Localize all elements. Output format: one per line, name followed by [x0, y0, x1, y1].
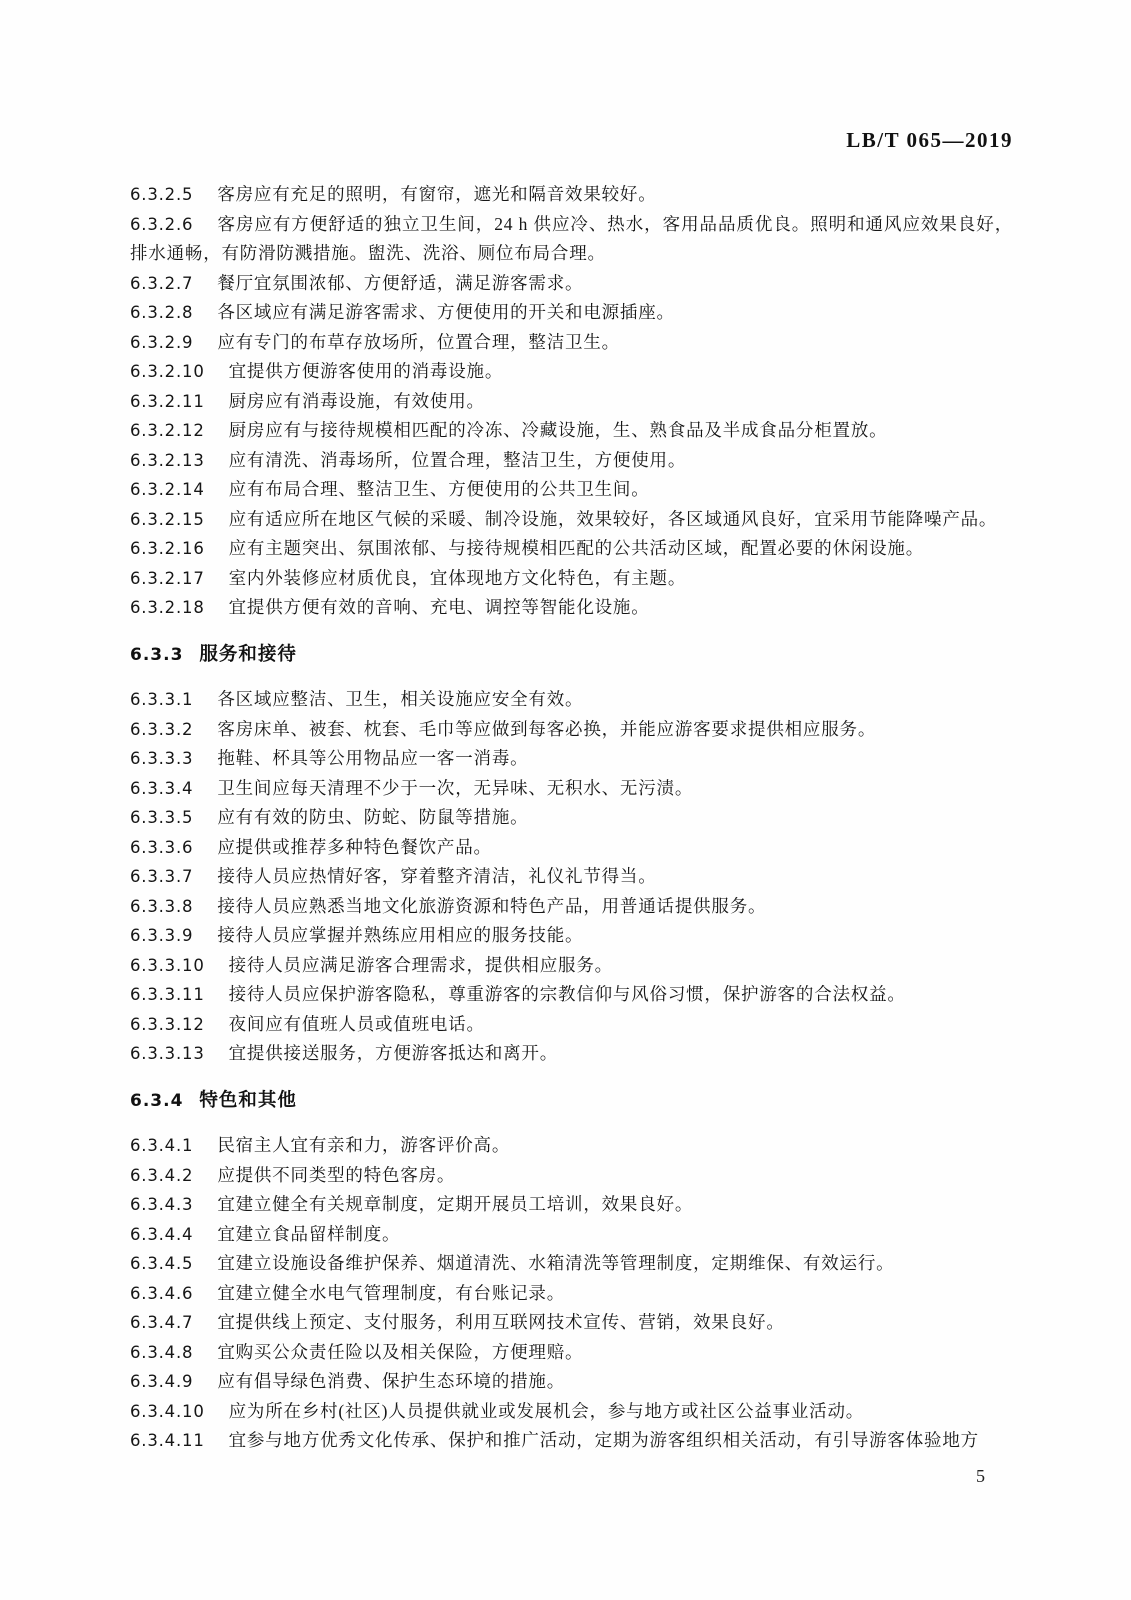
- clause: 6.3.4.10应为所在乡村(社区)人员提供就业或发展机会，参与地方或社区公益事…: [130, 1397, 1013, 1427]
- clause: 6.3.4.8宜购买公众责任险以及相关保险，方便理赔。: [130, 1338, 1013, 1368]
- clause-text: 宜提供方便游客使用的消毒设施。: [229, 361, 504, 381]
- clause: 6.3.3.1各区域应整洁、卫生，相关设施应安全有效。: [130, 685, 1013, 715]
- clause-text: 接待人员应满足游客合理需求，提供相应服务。: [229, 955, 613, 975]
- clause-number: 6.3.4.5: [130, 1254, 217, 1273]
- clause-text: 厨房应有与接待规模相匹配的冷冻、冷藏设施，生、熟食品及半成食品分柜置放。: [229, 420, 888, 440]
- page-number: 5: [976, 1466, 985, 1487]
- clause-number: 6.3.3.1: [130, 690, 217, 709]
- clause-text: 应有有效的防虫、防蛇、防鼠等措施。: [217, 807, 528, 827]
- clause-text: 各区域应整洁、卫生，相关设施应安全有效。: [217, 689, 583, 709]
- clause-number: 6.3.3.11: [130, 985, 229, 1004]
- clause-text: 宜建立健全有关规章制度，定期开展员工培训，效果良好。: [217, 1194, 693, 1214]
- clause-text: 接待人员应保护游客隐私，尊重游客的宗教信仰与风俗习惯，保护游客的合法权益。: [229, 984, 906, 1004]
- clause-text: 接待人员应掌握并熟练应用相应的服务技能。: [217, 925, 583, 945]
- clause: 6.3.3.3拖鞋、杯具等公用物品应一客一消毒。: [130, 744, 1013, 774]
- clause-number: 6.3.2.13: [130, 451, 229, 470]
- clause-text: 客房应有充足的照明，有窗帘，遮光和隔音效果较好。: [217, 184, 656, 204]
- clause-number: 6.3.4.3: [130, 1195, 217, 1214]
- clause-number: 6.3.2.15: [130, 510, 229, 529]
- clause-text: 接待人员应热情好客，穿着整齐清洁，礼仪礼节得当。: [217, 866, 656, 886]
- clause: 6.3.2.8各区域应有满足游客需求、方便使用的开关和电源插座。: [130, 298, 1013, 328]
- clause: 6.3.2.9应有专门的布草存放场所，位置合理，整洁卫生。: [130, 328, 1013, 358]
- clause-number: 6.3.3.6: [130, 838, 217, 857]
- clause: 6.3.4.5宜建立设施设备维护保养、烟道清洗、水箱清洗等管理制度，定期维保、有…: [130, 1249, 1013, 1279]
- section-heading: 6.3.3服务和接待: [130, 639, 1013, 671]
- clause: 6.3.3.13宜提供接送服务，方便游客抵达和离开。: [130, 1039, 1013, 1069]
- clause-number: 6.3.4.7: [130, 1313, 217, 1332]
- clause-text: 应提供或推荐多种特色餐饮产品。: [217, 837, 492, 857]
- section-title: 服务和接待: [199, 643, 297, 664]
- document-page: LB/T 065—2019 6.3.2.5客房应有充足的照明，有窗帘，遮光和隔音…: [0, 0, 1131, 1600]
- clause-text: 宜建立设施设备维护保养、烟道清洗、水箱清洗等管理制度，定期维保、有效运行。: [217, 1253, 894, 1273]
- clause-text: 宜购买公众责任险以及相关保险，方便理赔。: [217, 1342, 583, 1362]
- clause-number: 6.3.2.17: [130, 569, 229, 588]
- clause: 6.3.4.11宜参与地方优秀文化传承、保护和推广活动，定期为游客组织相关活动，…: [130, 1426, 1013, 1456]
- clause-text: 应有主题突出、氛围浓郁、与接待规模相匹配的公共活动区域，配置必要的休闲设施。: [229, 538, 924, 558]
- clause-text: 宜提供线上预定、支付服务，利用互联网技术宣传、营销，效果良好。: [217, 1312, 784, 1332]
- clause: 6.3.3.9接待人员应掌握并熟练应用相应的服务技能。: [130, 921, 1013, 951]
- clause-text: 拖鞋、杯具等公用物品应一客一消毒。: [217, 748, 528, 768]
- clause-text: 餐厅宜氛围浓郁、方便舒适，满足游客需求。: [217, 273, 583, 293]
- clause: 6.3.3.6应提供或推荐多种特色餐饮产品。: [130, 833, 1013, 863]
- clause-text: 应提供不同类型的特色客房。: [217, 1165, 455, 1185]
- clause-number: 6.3.2.14: [130, 480, 229, 499]
- clause-number: 6.3.2.12: [130, 421, 229, 440]
- clause-number: 6.3.3.13: [130, 1044, 229, 1063]
- clause-text: 客房应有方便舒适的独立卫生间，24 h 供应冷、热水，客用品品质优良。照明和通风…: [130, 214, 1013, 264]
- clause-number: 6.3.3.2: [130, 720, 217, 739]
- clause: 6.3.2.14应有布局合理、整洁卫生、方便使用的公共卫生间。: [130, 475, 1013, 505]
- clause-number: 6.3.2.8: [130, 303, 217, 322]
- clause: 6.3.2.5客房应有充足的照明，有窗帘，遮光和隔音效果较好。: [130, 180, 1013, 210]
- clause-number: 6.3.2.11: [130, 392, 229, 411]
- clause-text: 宜参与地方优秀文化传承、保护和推广活动，定期为游客组织相关活动，有引导游客体验地…: [229, 1430, 979, 1450]
- clause-text: 客房床单、被套、枕套、毛巾等应做到每客必换，并能应游客要求提供相应服务。: [217, 719, 876, 739]
- clause-text: 应有布局合理、整洁卫生、方便使用的公共卫生间。: [229, 479, 650, 499]
- clause-text: 宜建立健全水电气管理制度，有台账记录。: [217, 1283, 565, 1303]
- clause-text: 应有清洗、消毒场所，位置合理，整洁卫生，方便使用。: [229, 450, 687, 470]
- clause: 6.3.2.7餐厅宜氛围浓郁、方便舒适，满足游客需求。: [130, 269, 1013, 299]
- clause-number: 6.3.2.5: [130, 185, 217, 204]
- clause-number: 6.3.2.16: [130, 539, 229, 558]
- clause-text: 应为所在乡村(社区)人员提供就业或发展机会，参与地方或社区公益事业活动。: [229, 1401, 864, 1421]
- clause: 6.3.2.12厨房应有与接待规模相匹配的冷冻、冷藏设施，生、熟食品及半成食品分…: [130, 416, 1013, 446]
- clause: 6.3.4.9应有倡导绿色消费、保护生态环境的措施。: [130, 1367, 1013, 1397]
- clause-number: 6.3.4.4: [130, 1225, 217, 1244]
- clause-text: 宜建立食品留样制度。: [217, 1224, 400, 1244]
- clause: 6.3.4.3宜建立健全有关规章制度，定期开展员工培训，效果良好。: [130, 1190, 1013, 1220]
- clause-number: 6.3.2.6: [130, 215, 217, 234]
- clause-number: 6.3.3.7: [130, 867, 217, 886]
- clause-number: 6.3.4.9: [130, 1372, 217, 1391]
- clause: 6.3.2.16应有主题突出、氛围浓郁、与接待规模相匹配的公共活动区域，配置必要…: [130, 534, 1013, 564]
- clause-number: 6.3.4.8: [130, 1343, 217, 1362]
- clause: 6.3.2.11厨房应有消毒设施，有效使用。: [130, 387, 1013, 417]
- section-heading: 6.3.4特色和其他: [130, 1085, 1013, 1117]
- section-title: 特色和其他: [199, 1089, 297, 1110]
- clause: 6.3.3.7接待人员应热情好客，穿着整齐清洁，礼仪礼节得当。: [130, 862, 1013, 892]
- clause-text: 室内外装修应材质优良，宜体现地方文化特色，有主题。: [229, 568, 687, 588]
- clause-number: 6.3.2.10: [130, 362, 229, 381]
- clause: 6.3.3.4卫生间应每天清理不少于一次，无异味、无积水、无污渍。: [130, 774, 1013, 804]
- clause-number: 6.3.3.10: [130, 956, 229, 975]
- clause-text: 厨房应有消毒设施，有效使用。: [229, 391, 485, 411]
- clause-number: 6.3.2.9: [130, 333, 217, 352]
- section-number: 6.3.4: [130, 1091, 199, 1111]
- clause-text: 宜提供方便有效的音响、充电、调控等智能化设施。: [229, 597, 650, 617]
- clause-number: 6.3.3.9: [130, 926, 217, 945]
- clause-text: 应有适应所在地区气候的采暖、制冷设施，效果较好，各区域通风良好，宜采用节能降噪产…: [229, 509, 998, 529]
- clause-text: 各区域应有满足游客需求、方便使用的开关和电源插座。: [217, 302, 675, 322]
- clause-number: 6.3.4.6: [130, 1284, 217, 1303]
- clause-text: 应有专门的布草存放场所，位置合理，整洁卫生。: [217, 332, 620, 352]
- clause: 6.3.4.1民宿主人宜有亲和力，游客评价高。: [130, 1131, 1013, 1161]
- clause: 6.3.4.4宜建立食品留样制度。: [130, 1220, 1013, 1250]
- clause: 6.3.2.15应有适应所在地区气候的采暖、制冷设施，效果较好，各区域通风良好，…: [130, 505, 1013, 535]
- clause: 6.3.3.2客房床单、被套、枕套、毛巾等应做到每客必换，并能应游客要求提供相应…: [130, 715, 1013, 745]
- clause-number: 6.3.3.8: [130, 897, 217, 916]
- clause: 6.3.2.6客房应有方便舒适的独立卫生间，24 h 供应冷、热水，客用品品质优…: [130, 210, 1013, 269]
- clause-text: 卫生间应每天清理不少于一次，无异味、无积水、无污渍。: [217, 778, 693, 798]
- clause-number: 6.3.4.2: [130, 1166, 217, 1185]
- clause: 6.3.2.17室内外装修应材质优良，宜体现地方文化特色，有主题。: [130, 564, 1013, 594]
- clause-number: 6.3.2.7: [130, 274, 217, 293]
- standard-code-header: LB/T 065—2019: [846, 128, 1013, 153]
- clause-number: 6.3.3.3: [130, 749, 217, 768]
- clause: 6.3.2.10宜提供方便游客使用的消毒设施。: [130, 357, 1013, 387]
- clause-number: 6.3.4.10: [130, 1402, 229, 1421]
- clause: 6.3.4.6宜建立健全水电气管理制度，有台账记录。: [130, 1279, 1013, 1309]
- clause-number: 6.3.2.18: [130, 598, 229, 617]
- document-body: 6.3.2.5客房应有充足的照明，有窗帘，遮光和隔音效果较好。6.3.2.6客房…: [130, 180, 1013, 1456]
- clause: 6.3.3.8接待人员应熟悉当地文化旅游资源和特色产品，用普通话提供服务。: [130, 892, 1013, 922]
- clause-number: 6.3.4.11: [130, 1431, 229, 1450]
- clause: 6.3.3.5应有有效的防虫、防蛇、防鼠等措施。: [130, 803, 1013, 833]
- clause-number: 6.3.3.5: [130, 808, 217, 827]
- clause-number: 6.3.3.4: [130, 779, 217, 798]
- clause-text: 夜间应有值班人员或值班电话。: [229, 1014, 485, 1034]
- clause-number: 6.3.3.12: [130, 1015, 229, 1034]
- clause: 6.3.3.11接待人员应保护游客隐私，尊重游客的宗教信仰与风俗习惯，保护游客的…: [130, 980, 1013, 1010]
- clause-text: 接待人员应熟悉当地文化旅游资源和特色产品，用普通话提供服务。: [217, 896, 766, 916]
- section-number: 6.3.3: [130, 645, 199, 665]
- clause: 6.3.3.12夜间应有值班人员或值班电话。: [130, 1010, 1013, 1040]
- clause-number: 6.3.4.1: [130, 1136, 217, 1155]
- clause-text: 应有倡导绿色消费、保护生态环境的措施。: [217, 1371, 565, 1391]
- clause: 6.3.2.13应有清洗、消毒场所，位置合理，整洁卫生，方便使用。: [130, 446, 1013, 476]
- clause: 6.3.3.10接待人员应满足游客合理需求，提供相应服务。: [130, 951, 1013, 981]
- clause: 6.3.4.2应提供不同类型的特色客房。: [130, 1161, 1013, 1191]
- clause-text: 民宿主人宜有亲和力，游客评价高。: [217, 1135, 510, 1155]
- clause: 6.3.4.7宜提供线上预定、支付服务，利用互联网技术宣传、营销，效果良好。: [130, 1308, 1013, 1338]
- clause: 6.3.2.18宜提供方便有效的音响、充电、调控等智能化设施。: [130, 593, 1013, 623]
- clause-text: 宜提供接送服务，方便游客抵达和离开。: [229, 1043, 558, 1063]
